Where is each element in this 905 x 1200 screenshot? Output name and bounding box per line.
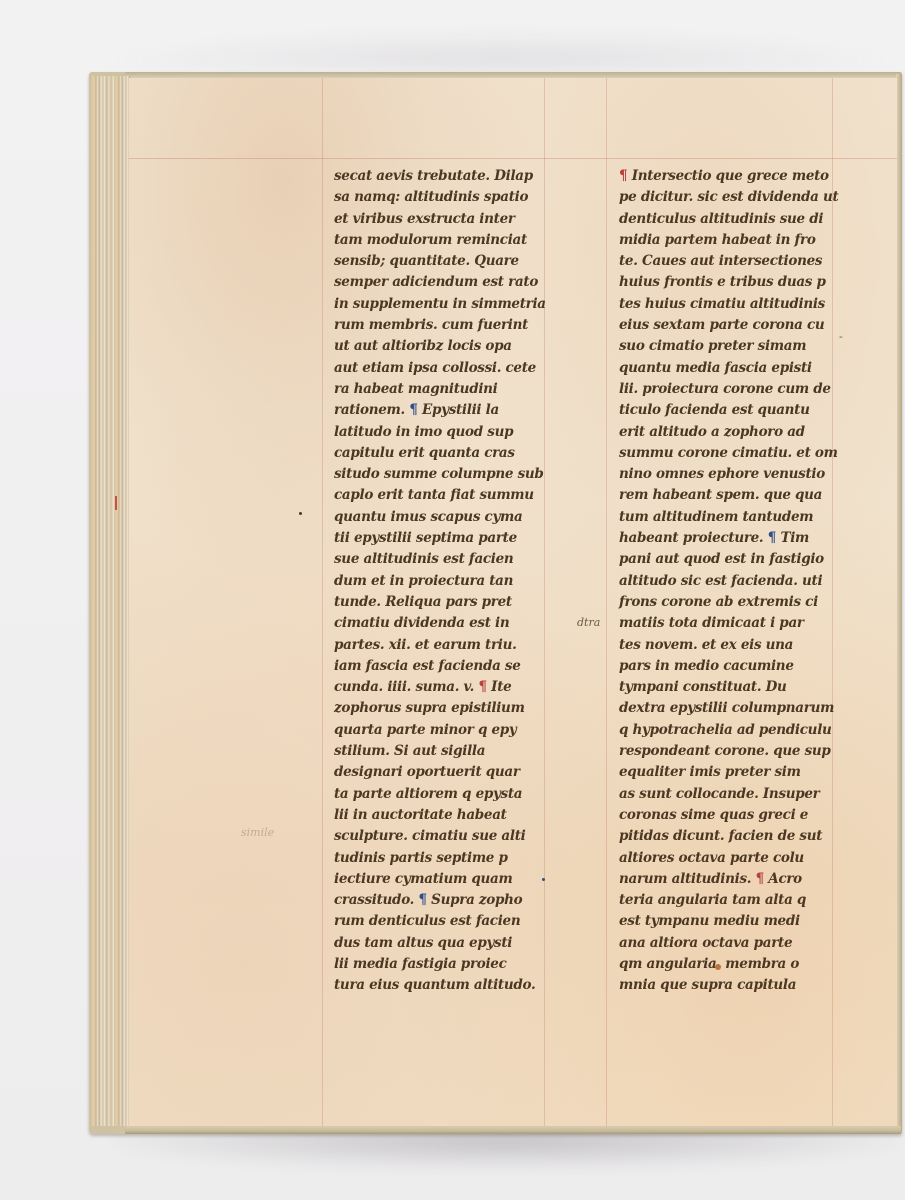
manuscript-line: sculpture. cimatiu sue alti <box>334 826 559 847</box>
manuscript-line: pe dicitur. sic est dividenda ut <box>619 187 844 208</box>
manuscript-line: cimatiu dividenda est in <box>334 613 559 634</box>
manuscript-line: matiis tota dimicaat i par <box>619 613 844 634</box>
manuscript-line: midia partem habeat in fro <box>619 230 844 251</box>
ink-dot <box>542 878 545 881</box>
manuscript-line: semper adiciendum est rato <box>334 272 559 293</box>
manuscript-line: quarta parte minor q epy <box>334 720 559 741</box>
manuscript-line: coronas sime quas greci e <box>619 805 844 826</box>
manuscript-line: mnia que supra capitula <box>619 975 844 996</box>
manuscript-line: equaliter imis preter sim <box>619 762 844 783</box>
manuscript-line: crassitudo. ¶ Supra zopho <box>334 890 559 911</box>
manuscript-line: pitidas dicunt. facien de sut <box>619 826 844 847</box>
marginal-gloss-center: dtra <box>577 616 600 629</box>
manuscript-line: erit altitudo a zophoro ad <box>619 422 844 443</box>
vellum-stain <box>715 964 721 970</box>
manuscript-line: sue altitudinis est facien <box>334 549 559 570</box>
manuscript-line: denticulus altitudinis sue di <box>619 209 844 230</box>
manuscript-line: capitulu erit quanta cras <box>334 443 559 464</box>
manuscript-line: sensib; quantitate. Quare <box>334 251 559 272</box>
manuscript-line: tum altitudinem tantudem <box>619 507 844 528</box>
book-shadow-top <box>100 30 900 70</box>
manuscript-line: zophorus supra epistilium <box>334 698 559 719</box>
manuscript-line: quantu imus scapus cyma <box>334 507 559 528</box>
text-column-right: ¶ Intersectio que grece metope dicitur. … <box>619 166 844 997</box>
manuscript-line: caplo erit tanta fiat summu <box>334 485 559 506</box>
manuscript-line: teria angularia tam alta q <box>619 890 844 911</box>
manuscript-line: pani aut quod est in fastigio <box>619 549 844 570</box>
manuscript-line: lii media fastigia proiec <box>334 954 559 975</box>
ruling-right-outer <box>606 78 607 1126</box>
manuscript-line: pars in medio cacumine <box>619 656 844 677</box>
page-bottom-edge <box>125 1126 901 1134</box>
manuscript-line: habeant proiecture. ¶ Tim <box>619 528 844 549</box>
fore-edge-leaves <box>91 76 130 1126</box>
manuscript-line: qm angularia. membra o <box>619 954 844 975</box>
manuscript-line: ana altiora octava parte <box>619 933 844 954</box>
manuscript-line: eius sextam parte corona cu <box>619 315 844 336</box>
photo-stage: secat aevis trebutate. Dilapsa namq: alt… <box>0 0 905 1200</box>
manuscript-line: altiores octava parte colu <box>619 848 844 869</box>
ink-dot <box>299 512 302 515</box>
manuscript-line: cunda. iiii. suma. v. ¶ Ite <box>334 677 559 698</box>
manuscript-line: lii in auctoritate habeat <box>334 805 559 826</box>
manuscript-line: suo cimatio preter simam <box>619 336 844 357</box>
manuscript-line: respondeant corone. que sup <box>619 741 844 762</box>
manuscript-line: huius frontis e tribus duas p <box>619 272 844 293</box>
paraph-mark-red: ¶ <box>756 871 764 887</box>
manuscript-line: situdo summe columpne sub <box>334 464 559 485</box>
manuscript-line: lii. proiectura corone cum de <box>619 379 844 400</box>
manuscript-line: tura eius quantum altitudo. <box>334 975 559 996</box>
manuscript-line: rum denticulus est facien <box>334 911 559 932</box>
manuscript-line: rum membris. cum fuerint <box>334 315 559 336</box>
manuscript-line: designari oportuerit quar <box>334 762 559 783</box>
manuscript-line: est tympanu mediu medi <box>619 911 844 932</box>
manuscript-line: secat aevis trebutate. Dilap <box>334 166 559 187</box>
text-column-left: secat aevis trebutate. Dilapsa namq: alt… <box>334 166 559 997</box>
manuscript-line: rationem. ¶ Epystilii la <box>334 400 559 421</box>
paraph-mark-blue: ¶ <box>418 892 426 908</box>
manuscript-line: dus tam altus qua epysti <box>334 933 559 954</box>
manuscript-line: nino omnes ephore venustio <box>619 464 844 485</box>
manuscript-line: ¶ Intersectio que grece meto <box>619 166 844 187</box>
manuscript-line: stilium. Si aut sigilla <box>334 741 559 762</box>
manuscript-line: ta parte altiorem q epysta <box>334 784 559 805</box>
manuscript-line: altitudo sic est facienda. uti <box>619 571 844 592</box>
manuscript-line: aut etiam ipsa collossi. cete <box>334 358 559 379</box>
ruling-left-outer <box>322 78 323 1126</box>
manuscript-line: tam modulorum reminciat <box>334 230 559 251</box>
marginal-gloss-faint: simile <box>241 826 274 839</box>
manuscript-line: iam fascia est facienda se <box>334 656 559 677</box>
manuscript-line: et viribus exstructa inter <box>334 209 559 230</box>
manuscript-line: ticulo facienda est quantu <box>619 400 844 421</box>
manuscript-line: tympani constituat. Du <box>619 677 844 698</box>
manuscript-line: q hypotrachelia ad pendiculu <box>619 720 844 741</box>
paraph-mark-blue: ¶ <box>409 402 417 418</box>
manuscript-book: secat aevis trebutate. Dilapsa namq: alt… <box>89 72 902 1134</box>
manuscript-line: in supplementu in simmetria <box>334 294 559 315</box>
manuscript-line: tunde. Reliqua pars pret <box>334 592 559 613</box>
manuscript-line: narum altitudinis. ¶ Acro <box>619 869 844 890</box>
manuscript-line: latitudo in imo quod sup <box>334 422 559 443</box>
manuscript-line: te. Caues aut intersectiones <box>619 251 844 272</box>
manuscript-line: tii epystilii septima parte <box>334 528 559 549</box>
manuscript-line: as sunt collocande. Insuper <box>619 784 844 805</box>
paraph-mark-red: ¶ <box>478 679 486 695</box>
manuscript-line: dextra epystilii columpnarum <box>619 698 844 719</box>
paraph-mark-blue: ¶ <box>768 530 776 546</box>
book-shadow <box>110 1128 900 1170</box>
manuscript-line: sa namq: altitudinis spatio <box>334 187 559 208</box>
manuscript-line: iectiure cymatium quam <box>334 869 559 890</box>
marginal-dash: - <box>839 330 843 343</box>
paraph-mark-red: ¶ <box>619 168 627 184</box>
manuscript-line: tes novem. et ex eis una <box>619 635 844 656</box>
manuscript-line: tudinis partis septime p <box>334 848 559 869</box>
manuscript-line: dum et in proiectura tan <box>334 571 559 592</box>
manuscript-line: quantu media fascia episti <box>619 358 844 379</box>
manuscript-line: frons corone ab extremis ci <box>619 592 844 613</box>
manuscript-line: rem habeant spem. que qua <box>619 485 844 506</box>
vellum-page: secat aevis trebutate. Dilapsa namq: alt… <box>129 78 897 1126</box>
ruling-top <box>129 158 897 159</box>
manuscript-line: partes. xii. et earum triu. <box>334 635 559 656</box>
manuscript-line: summu corone cimatiu. et om <box>619 443 844 464</box>
manuscript-line: ra habeat magnitudini <box>334 379 559 400</box>
manuscript-line: ut aut altioribz locis opa <box>334 336 559 357</box>
red-edge-mark <box>115 496 117 510</box>
manuscript-line: tes huius cimatiu altitudinis <box>619 294 844 315</box>
